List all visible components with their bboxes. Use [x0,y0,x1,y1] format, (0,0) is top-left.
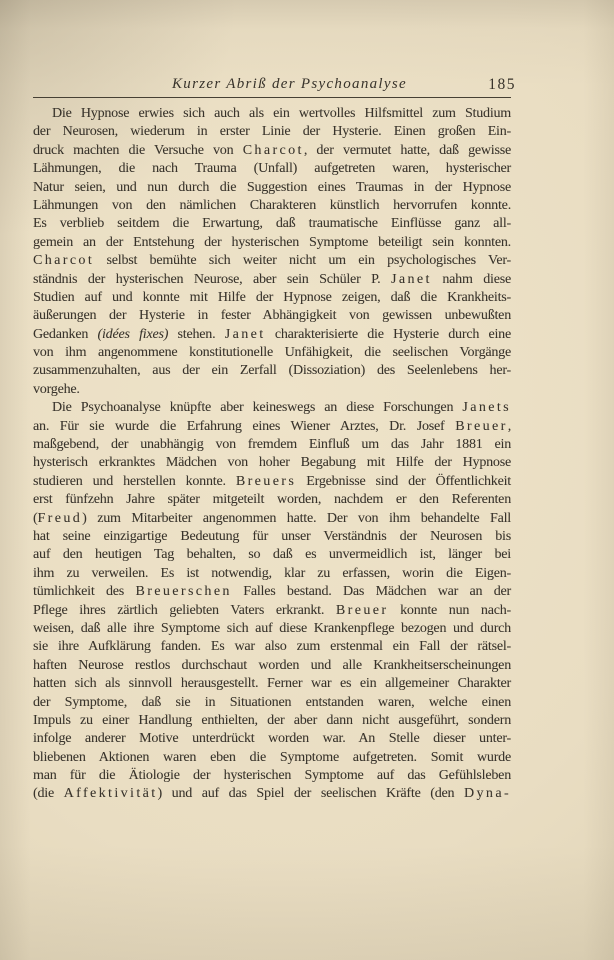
text-line: Lähmungen, die nach Trauma (Unfall) aufg… [33,160,511,178]
spaced-name: Freud [37,511,82,526]
text-line: Impuls zu einer Handlung enthielten, der… [33,712,511,730]
text-segment: Lähmungen, die nach Trauma (Unfall) aufg… [33,161,511,176]
text-line: weisen, daß alle ihre Symptome sich auf … [33,620,511,638]
text-line: sie ihre Aufklärung fanden. Es war also … [33,638,511,656]
spaced-name: Janet [391,272,432,287]
text-segment: haften Neurose restlos durchschaut worde… [33,658,511,673]
text-line: erst fünfzehn Jahre später mitgeteilt wo… [33,491,511,509]
text-line: gemein an der Entstehung der hysterische… [33,234,511,252]
text-line: vorgehe. [33,381,511,399]
text-segment: , der vermutet hatte, daß gewisse [304,143,511,158]
text-segment: auf den heutigen Tag behalten, so daß es… [33,547,511,562]
text-segment: Falles bestand. Das Mädchen war an der [232,584,511,599]
text-segment: gemein an der Entstehung der hysterische… [33,235,511,250]
text-segment: nahm diese [432,272,511,287]
text-line: (die Affektivität) und auf das Spiel der… [33,785,511,803]
text-segment: konnte nun nach- [388,603,511,618]
text-line: hat seine einzigartige Bedeutung für uns… [33,528,511,546]
text-segment: ) und auf das Spiel der seelischen Kräft… [158,786,465,801]
text-segment: bliebenen Aktionen waren eben die Sympto… [33,750,511,765]
spaced-name: Charcot [33,253,94,268]
text-segment: Impuls zu einer Handlung enthielten, der… [33,713,511,728]
text-line: haften Neurose restlos durchschaut worde… [33,657,511,675]
text-line: Die Psychoanalyse knüpfte aber keinesweg… [33,399,511,417]
text-segment: Die Hypnose erwies sich auch als ein wer… [52,106,511,121]
text-line: an. Für sie wurde die Erfahrung eines Wi… [33,418,511,436]
text-segment: ihm zu verweilen. Es ist notwendig, klar… [33,566,511,581]
text-segment: (die [33,786,64,801]
text-segment: zusammenzuhalten, aus der ein Zerfall (D… [33,363,511,378]
text-line: äußerungen der Hysterie in fester Abhäng… [33,307,511,325]
text-segment: man für die Ätiologie der hysterischen S… [33,768,511,783]
text-line: Studien auf und konnte mit Hilfe der Hyp… [33,289,511,307]
text-segment: an. Für sie wurde die Erfahrung eines Wi… [33,419,455,434]
text-segment: , [508,419,511,434]
text-segment: maßgebend, der unabhängig von fremdem Ei… [33,437,511,452]
text-line: druck machten die Versuche von Charcot, … [33,142,511,160]
text-segment: stehen. [168,327,225,342]
text-line: maßgebend, der unabhängig von fremdem Ei… [33,436,511,454]
text-line: der Symptome, daß sie in Situationen ent… [33,694,511,712]
text-line: Charcot selbst bemühte sich weiter nicht… [33,252,511,270]
spaced-name: Breuerschen [135,584,231,599]
text-segment: Lähmungen von den nämlichen Charakteren … [33,198,511,213]
text-line: studieren und herstellen konnte. Breuers… [33,473,511,491]
text-line: von ihm angenommene konstitutionelle Unf… [33,344,511,362]
paragraph: Die Psychoanalyse knüpfte aber keinesweg… [33,399,511,804]
text-line: ständnis der hysterischen Neurose, aber … [33,271,511,289]
text-segment: weisen, daß alle ihre Symptome sich auf … [33,621,511,636]
text-segment: von ihm angenommene konstitutionelle Unf… [33,345,511,360]
text-line: ihm zu verweilen. Es ist notwendig, klar… [33,565,511,583]
text-line: Die Hypnose erwies sich auch als ein wer… [33,105,511,123]
text-segment: charakterisierte die Hysterie durch eine [266,327,512,342]
text-line: der Neurosen, wiederum in erster Linie d… [33,123,511,141]
text-segment: Studien auf und konnte mit Hilfe der Hyp… [33,290,511,305]
text-segment: äußerungen der Hysterie in fester Abhäng… [33,308,511,323]
text-segment: Gedanken [33,327,98,342]
book-page: Kurzer Abriß der Psychoanalyse 185 Die H… [0,0,614,960]
running-title: Kurzer Abriß der Psychoanalyse [172,76,407,93]
text-line: Gedanken (idées fixes) stehen. Janet cha… [33,326,511,344]
text-line: tümlichkeit des Breuerschen Falles besta… [33,583,511,601]
spaced-name: Breuer [336,603,389,618]
spaced-name: Charcot [243,143,304,158]
spaced-name: Breuers [236,474,296,489]
spaced-name: Janet [225,327,266,342]
text-segment: studieren und herstellen konnte. [33,474,236,489]
text-segment: sie ihre Aufklärung fanden. Es war also … [33,639,511,654]
spaced-name: Breuer [455,419,508,434]
text-segment: Pflege ihres zärtlich geliebten Vaters e… [33,603,336,618]
text-line: auf den heutigen Tag behalten, so daß es… [33,546,511,564]
text-segment: ) zum Mitarbeiter angenommen hatte. Der … [82,511,511,526]
text-line: bliebenen Aktionen waren eben die Sympto… [33,749,511,767]
page-number: 185 [488,76,516,94]
text-line: Lähmungen von den nämlichen Charakteren … [33,197,511,215]
text-segment: der Neurosen, wiederum in erster Linie d… [33,124,511,139]
italic-phrase: (idées fixes) [98,327,169,342]
text-block: Kurzer Abriß der Psychoanalyse 185 Die H… [33,76,511,804]
paragraph: Die Hypnose erwies sich auch als ein wer… [33,105,511,399]
spaced-name: Dyna- [464,786,511,801]
body-text: Die Hypnose erwies sich auch als ein wer… [33,105,511,804]
spaced-name: Janets [462,400,511,415]
text-segment: selbst bemühte sich weiter nicht um ein … [94,253,511,268]
spaced-name: Affektivität [64,786,158,801]
text-line: Pflege ihres zärtlich geliebten Vaters e… [33,602,511,620]
page-header: Kurzer Abriß der Psychoanalyse 185 [33,76,511,98]
text-segment: hatten sich als sinnvoll herausgestellt.… [33,676,511,691]
text-segment: vorgehe. [33,382,80,397]
text-segment: hat seine einzigartige Bedeutung für uns… [33,529,511,544]
text-line: Es verblieb seitdem die Erwartung, daß t… [33,215,511,233]
text-line: hysterisch erkranktes Mädchen von hoher … [33,454,511,472]
text-segment: tümlichkeit des [33,584,135,599]
text-segment: infolge anderer Motive unterdrückt worde… [33,731,511,746]
text-segment: Natur seien, und nun durch die Suggestio… [33,180,511,195]
text-segment: druck machten die Versuche von [33,143,243,158]
text-segment: Es verblieb seitdem die Erwartung, daß t… [33,216,511,231]
text-line: man für die Ätiologie der hysterischen S… [33,767,511,785]
text-segment: ständnis der hysterischen Neurose, aber … [33,272,391,287]
text-line: zusammenzuhalten, aus der ein Zerfall (D… [33,362,511,380]
text-segment: Die Psychoanalyse knüpfte aber keinesweg… [52,400,462,415]
text-segment: Ergebnisse sind der Öffentlichkeit [296,474,511,489]
text-segment: erst fünfzehn Jahre später mitgeteilt wo… [33,492,511,507]
text-line: (Freud) zum Mitarbeiter angenommen hatte… [33,510,511,528]
text-segment: hysterisch erkranktes Mädchen von hoher … [33,455,511,470]
text-line: infolge anderer Motive unterdrückt worde… [33,730,511,748]
text-line: Natur seien, und nun durch die Suggestio… [33,179,511,197]
text-segment: der Symptome, daß sie in Situationen ent… [33,695,511,710]
text-line: hatten sich als sinnvoll herausgestellt.… [33,675,511,693]
